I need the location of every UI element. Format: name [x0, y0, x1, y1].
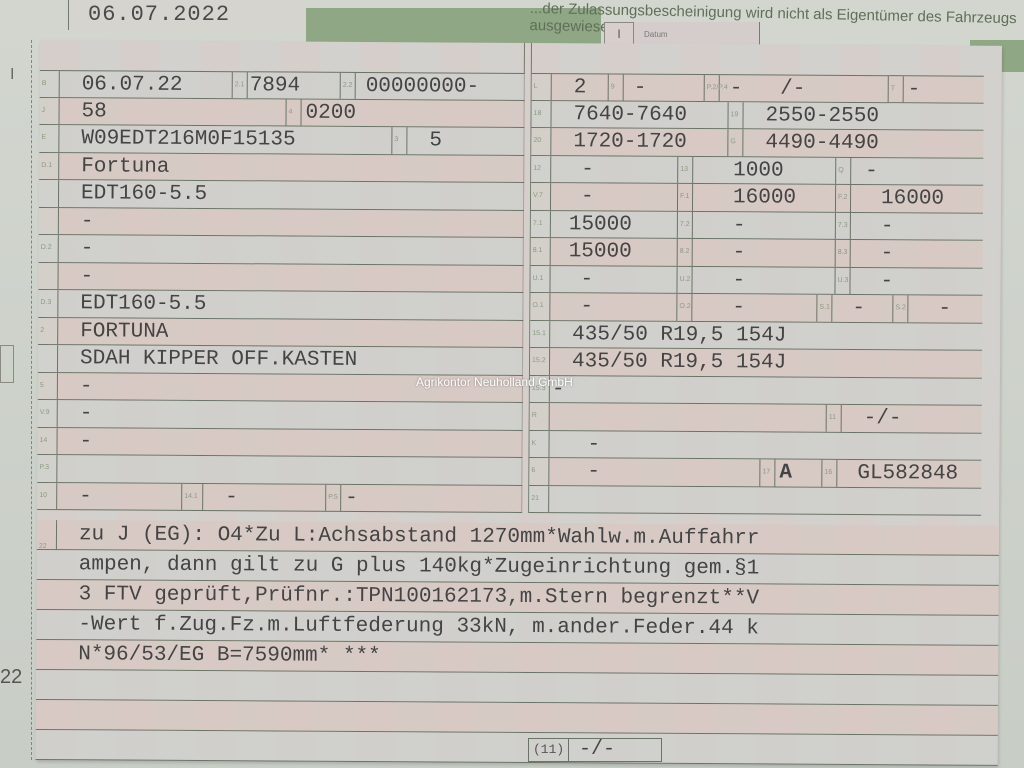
field-row-k: K - [529, 430, 981, 460]
field-row-d2-variant: - [39, 207, 524, 237]
make: Fortuna [59, 153, 169, 180]
remark-text: -Wert f.Zug.Fz.m.Luftfederung 33kN, m.an… [78, 613, 759, 640]
field-code: 14 [37, 427, 57, 454]
type-approval-date: - [549, 458, 759, 486]
field-code: 2 [38, 317, 58, 344]
field-code: E [39, 125, 59, 152]
noise-rpm: - [692, 266, 834, 293]
field-row-21: 21 [529, 485, 981, 515]
tank-volume: - [551, 156, 677, 183]
tire-size-axle-2: 435/50 R19,5 154J [550, 348, 786, 376]
power-rpm: - /- [720, 75, 888, 102]
body-code: 0200 [301, 99, 356, 126]
max-technical-mass: 16000 [693, 184, 835, 211]
manufacturer-code: 7894 [248, 72, 340, 98]
noise-driving: - [850, 267, 893, 294]
field-row-p3: P.3 [37, 455, 522, 485]
field-row-d2-version: D.2 - [39, 235, 524, 265]
remarks-section: 22 zu J (EG): O4*Zu L:Achsabstand 1270mm… [36, 520, 999, 766]
field-row-d2-extra: - [38, 262, 523, 292]
field-row-14: 14 - [37, 427, 522, 457]
field-code: P.2/P.4 [704, 75, 720, 101]
field-code: 7.2 [677, 211, 693, 238]
field-row-d3: D.3 EDT160-5.5 [38, 290, 523, 320]
tire-size-axle-1: 435/50 R19,5 154J [550, 321, 786, 349]
field-row-12: 12 - 13 1000 Q - [531, 156, 983, 186]
field-code: D.2 [39, 235, 59, 262]
remark-text: N*96/53/EG B=7590mm* *** [78, 643, 381, 668]
emission-class: - [58, 400, 93, 427]
field-code: 2.2 [340, 73, 356, 99]
field-code: U.1 [530, 266, 550, 293]
drive-axles: - [624, 75, 704, 101]
field-row-20: 20 1720-1720 G 4490-4490 [531, 128, 983, 158]
margin-box [0, 345, 14, 383]
standing-places: - [908, 295, 951, 322]
registration-card: B 06.07.22 2.1 7894 2.2 00000000- J 58 4… [36, 40, 1002, 766]
remark-text: zu J (EG): O4*Zu L:Achsabstand 1270mm*Wa… [79, 523, 760, 550]
field-row-o1: O.1 - O.2 - S.1 - S.2 - [530, 293, 982, 323]
field-code [39, 180, 59, 207]
vehicle-class: 58 [59, 98, 285, 126]
field-row-6: 6 - 17 A 16 GL582848 [529, 458, 981, 488]
field-code: 12 [531, 156, 551, 183]
field-row-d1: D.1 Fortuna [39, 152, 524, 182]
field-i-label: I [604, 22, 634, 46]
axle-load-2: - [693, 211, 835, 238]
field-code: 22 [37, 520, 57, 550]
axle-load-3: - [851, 212, 894, 239]
field-row-j: J 58 4 0200 [39, 97, 524, 127]
manufacturer: FORTUNA [58, 318, 168, 345]
field-row-2: 2 FORTUNA [38, 317, 523, 347]
field-code: J [39, 97, 59, 124]
field-code: R [530, 403, 550, 430]
field-code [38, 262, 58, 289]
emission-code: - [203, 484, 325, 511]
fuel-type [57, 455, 79, 482]
remark-text: 3 FTV geprüft,Prüfnr.:TPN100162173,m.Ste… [79, 583, 760, 610]
field-code: O.1 [530, 293, 550, 320]
color [550, 403, 826, 431]
registration-document-number: GL582848 [837, 460, 958, 487]
field-code: S.2 [892, 295, 908, 322]
field-code [38, 345, 58, 372]
seats: - [832, 295, 892, 322]
co2: - [551, 183, 677, 210]
field-code: U.2 [676, 266, 692, 293]
field-code: F.1 [677, 184, 693, 211]
field-code: 15.2 [530, 348, 550, 375]
right-column: L 2 9 - P.2/P.4 - /- T - 18 7640-7640 19… [529, 73, 984, 516]
issue-date: 06.07.2022 [88, 2, 230, 27]
field-row-15-2: 15.2 435/50 R19,5 154J [530, 348, 982, 378]
field-row-v9: V.9 - [38, 400, 523, 430]
remark-line [36, 730, 998, 766]
field-row-b: B 06.07.22 2.1 7894 2.2 00000000- [40, 70, 525, 100]
field-code: 3 [391, 127, 407, 154]
max-speed: - [904, 76, 921, 102]
field-code: 17 [759, 459, 775, 486]
field-code: 19 [727, 102, 743, 129]
field-code: G [727, 129, 743, 156]
remark-text: ampen, dann gilt zu G plus 140kg*Zugeinr… [79, 553, 760, 580]
towing-unbraked: - [692, 294, 816, 321]
field-code: (11) [529, 739, 569, 761]
empty-mass: 4490-4490 [743, 129, 879, 156]
length: 7640-7640 [551, 101, 727, 129]
engine-code: - [341, 484, 358, 511]
margin-mark-i: I [10, 66, 14, 84]
field-code: 7.1 [531, 211, 551, 238]
field-code: 9 [608, 74, 624, 100]
field-row-e: E W09EDT216M0F15135 3 5 [39, 125, 524, 155]
field-code: P.5 [325, 484, 341, 511]
vin: W09EDT216M0F15135 [59, 125, 391, 154]
field-row-7-1: 7.1 15000 7.2 - 7.3 - [531, 211, 983, 241]
field-code: P.3 [37, 455, 57, 482]
type-approval-number: - [549, 431, 600, 458]
field-row-5-type: SDAH KIPPER OFF.KASTEN [38, 345, 523, 375]
permitted-axle-load-1: 15000 [551, 238, 677, 265]
axle-count: 2 [552, 74, 608, 100]
variant: - [59, 208, 94, 235]
field-11-value: -/- [569, 739, 615, 761]
field-code: 16 [821, 460, 837, 487]
version: - [59, 235, 94, 262]
field-code: 4 [285, 99, 301, 126]
field-row-r: R 11 -/- [530, 403, 982, 433]
other-notes [549, 486, 571, 513]
field-code: 5 [38, 372, 58, 399]
height: 1720-1720 [551, 128, 727, 156]
field-code: F.2 [835, 185, 851, 212]
field-code: D.3 [38, 290, 58, 317]
permitted-axle-load-2: - [693, 239, 835, 266]
field-row-15-1: 15.1 435/50 R19,5 154J [530, 321, 982, 351]
field-code: V.7 [531, 183, 551, 210]
commercial-name: EDT160-5.5 [58, 290, 206, 317]
underlying-field-11: (11) -/- [528, 738, 662, 762]
field-row-15-3: 15.3 - [530, 375, 982, 405]
field-code: 8.2 [677, 239, 693, 266]
power-weight-ratio: - [851, 157, 878, 184]
field-row-l: L 2 9 - P.2/P.4 - /- T - [532, 73, 984, 103]
field-code: 14.1 [181, 483, 203, 510]
field-code: V.9 [38, 400, 58, 427]
field-code: T [888, 76, 904, 102]
emission-directive: - [57, 428, 92, 455]
field-code: B [40, 71, 60, 97]
field-code: 7.3 [835, 212, 851, 239]
support-load: 1000 [693, 156, 835, 183]
field-code: K [529, 430, 549, 457]
field-code: 20 [531, 128, 551, 155]
watermark: Agrikontor Neuholland GmbH [416, 375, 573, 389]
field-code: Q [835, 157, 851, 184]
field-code: 8.1 [531, 238, 551, 265]
body-description: - [58, 373, 93, 400]
field-code: 18 [531, 101, 551, 128]
field-row-u1: U.1 - U.2 - U.3 - [530, 266, 982, 296]
field-code: 6 [529, 458, 549, 485]
field-code: 21 [529, 485, 549, 512]
type-code: 00000000- [356, 73, 480, 99]
field-code: U.3 [834, 267, 850, 294]
margin-mark-22: 22 [0, 666, 22, 689]
field-row-8-1: 8.1 15000 8.2 - 8.3 - [531, 238, 983, 268]
max-permitted-mass: 16000 [851, 185, 944, 212]
fuel-code: - [57, 483, 181, 510]
field-row-v7: V.7 - F.1 16000 F.2 16000 [531, 183, 983, 213]
axle-load-1: 15000 [551, 211, 677, 238]
type: EDT160-5.5 [59, 180, 207, 207]
vehicle-type-description: SDAH KIPPER OFF.KASTEN [58, 345, 357, 373]
first-registration-date: 06.07.22 [60, 71, 232, 98]
width: 2550-2550 [743, 102, 879, 129]
field-code: 13 [677, 156, 693, 183]
margin-line [31, 40, 32, 760]
field-row-18: 18 7640-7640 19 2550-2550 [531, 101, 983, 131]
field-code: D.1 [39, 152, 59, 179]
field-row-d2-type: EDT160-5.5 [39, 180, 524, 210]
version-extra: - [58, 263, 93, 290]
check-digit: 5 [407, 127, 442, 154]
field-code: 15.1 [530, 321, 550, 348]
noise-stationary: - [550, 266, 676, 293]
field-code: 8.3 [835, 240, 851, 267]
operating-permit-flag: A [775, 460, 821, 487]
field-code: O.2 [676, 294, 692, 321]
permitted-axle-load-3: - [851, 240, 894, 267]
color-code: -/- [842, 405, 902, 432]
field-code: 11 [826, 405, 842, 432]
towing-braked: - [550, 293, 676, 320]
field-code [39, 207, 59, 234]
field-code: S.1 [816, 295, 832, 322]
left-column: B 06.07.22 2.1 7894 2.2 00000000- J 58 4… [37, 70, 525, 513]
field-code: 2.1 [232, 72, 248, 98]
field-row-10: 10 - 14.1 - P.5 - [37, 482, 522, 512]
field-code: L [532, 74, 552, 100]
field-code: 10 [37, 482, 57, 509]
